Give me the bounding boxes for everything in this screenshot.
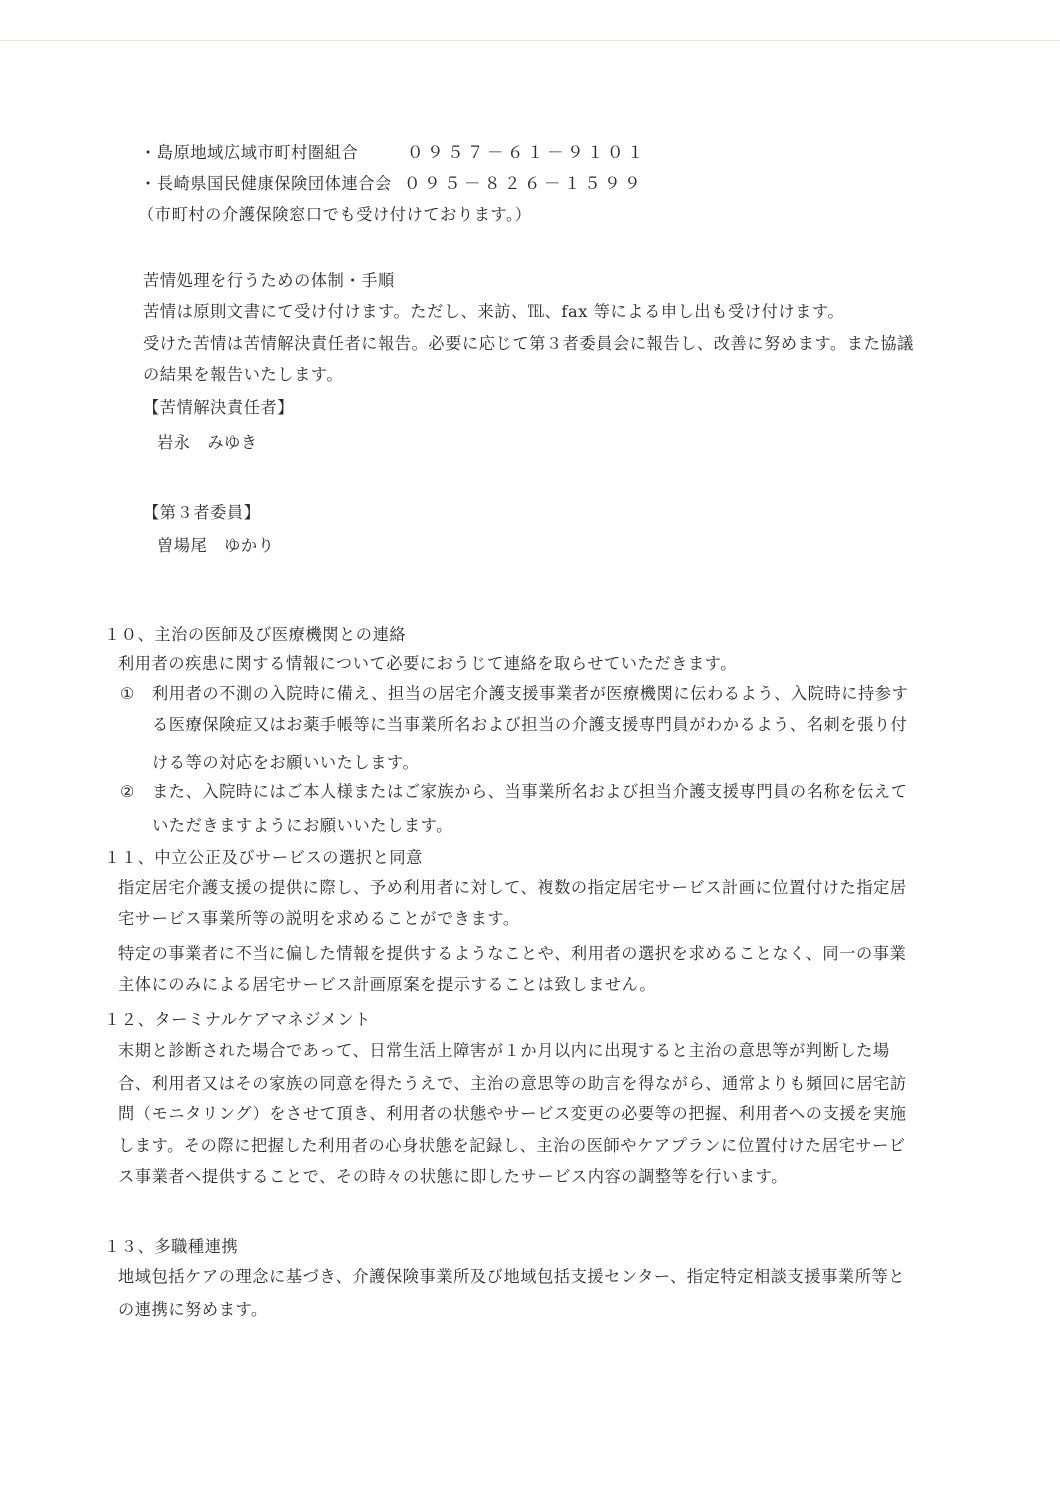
section-text-line: 末期と診断された場合であって、日常生活上障害が１か月以内に出現すると主治の意思等… xyxy=(118,1040,890,1062)
third-party-name: 曽場尾 ゆかり xyxy=(157,535,275,557)
list-marker: ② xyxy=(120,781,135,803)
contact-name: 島原地域広域市町村圏組合 xyxy=(157,143,358,162)
responsible-name: 岩永 みゆき xyxy=(157,432,258,454)
section-text-line: の連携に努めます。 xyxy=(118,1299,268,1321)
contact-item: ・島原地域広域市町村圏組合 xyxy=(140,142,358,164)
responsible-label: 【苦情解決責任者】 xyxy=(143,397,294,419)
section-text-line: 特定の事業者に不当に偏した情報を提供するようなことや、利用者の選択を求めることな… xyxy=(118,943,906,965)
list-item-line: 利用者の不測の入院時に備え、担当の居宅介護支援事業者が医療機関に伝わるよう、入院… xyxy=(152,683,908,705)
section-text-line: 問（モニタリング）をさせて頂き、利用者の状態やサービス変更の必要等の把握、利用者… xyxy=(118,1103,907,1125)
contact-phone: ０９５－８２６－１５９９ xyxy=(404,173,644,195)
section-text-line: 主体にのみによる居宅サービス計画原案を提示することは致しません。 xyxy=(118,974,656,996)
section-heading: １０、主治の医師及び医療機関との連絡 xyxy=(104,624,406,646)
section-heading: １１、中立公正及びサービスの選択と同意 xyxy=(104,847,423,869)
section-text-line: します。その際に把握した利用者の心身状態を記録し、主治の医師やケアプランに位置付… xyxy=(118,1135,906,1157)
bullet: ・ xyxy=(140,143,157,162)
list-item-line: る医療保険症又はお薬手帳等に当事業所名および担当の介護支援専門員がわかるよう、名… xyxy=(152,714,907,736)
complaint-title: 苦情処理を行うための体制・手順 xyxy=(143,270,395,292)
contact-note: （市町村の介護保険窓口でも受け付けております。） xyxy=(138,204,532,226)
complaint-text-line: 苦情は原則文書にて受け付けます。ただし、来訪、℡、fax 等による申し出も受け付… xyxy=(143,301,844,323)
bullet: ・ xyxy=(140,174,157,193)
section-text-line: 指定居宅介護支援の提供に際し、予め利用者に対して、複数の指定居宅サービス計画に位… xyxy=(118,877,907,899)
list-item-line: ける等の対応をお願いいたします。 xyxy=(152,752,419,774)
contact-item: ・長崎県国民健康保険団体連合会 xyxy=(140,173,392,195)
complaint-text-line: の結果を報告いたします。 xyxy=(143,364,343,386)
section-text-line: 利用者の疾患に関する情報について必要におうじて連絡を取らせていただきます。 xyxy=(118,653,737,675)
page-top-edge xyxy=(0,40,1060,41)
list-marker: ① xyxy=(120,683,135,705)
section-text-line: 宅サービス事業所等の説明を求めることができます。 xyxy=(118,908,520,930)
third-party-label: 【第３者委員】 xyxy=(143,502,261,524)
section-text-line: 合、利用者又はその家族の同意を得たうえで、主治の意思等の助言を得ながら、通常より… xyxy=(118,1073,907,1095)
list-item-line: また、入院時にはご本人様またはご家族から、当事業所名および担当介護支援専門員の名… xyxy=(152,781,907,803)
complaint-text-line: 受けた苦情は苦情解決責任者に報告。必要に応じて第３者委員会に報告し、改善に努めま… xyxy=(143,333,914,355)
section-text-line: 地域包括ケアの理念に基づき、介護保険事業所及び地域包括支援センター、指定特定相談… xyxy=(118,1266,905,1288)
contact-name: 長崎県国民健康保険団体連合会 xyxy=(157,174,392,193)
list-item-line: いただきますようにお願いいたします。 xyxy=(152,815,453,837)
section-heading: １３、多職種連携 xyxy=(104,1236,238,1258)
contact-phone: ０９５７－６１－９１０１ xyxy=(407,142,647,164)
section-heading: １２、ターミナルケアマネジメント xyxy=(104,1009,371,1031)
section-text-line: ス事業者へ提供することで、その時々の状態に即したサービス内容の調整等を行います。 xyxy=(118,1166,788,1188)
